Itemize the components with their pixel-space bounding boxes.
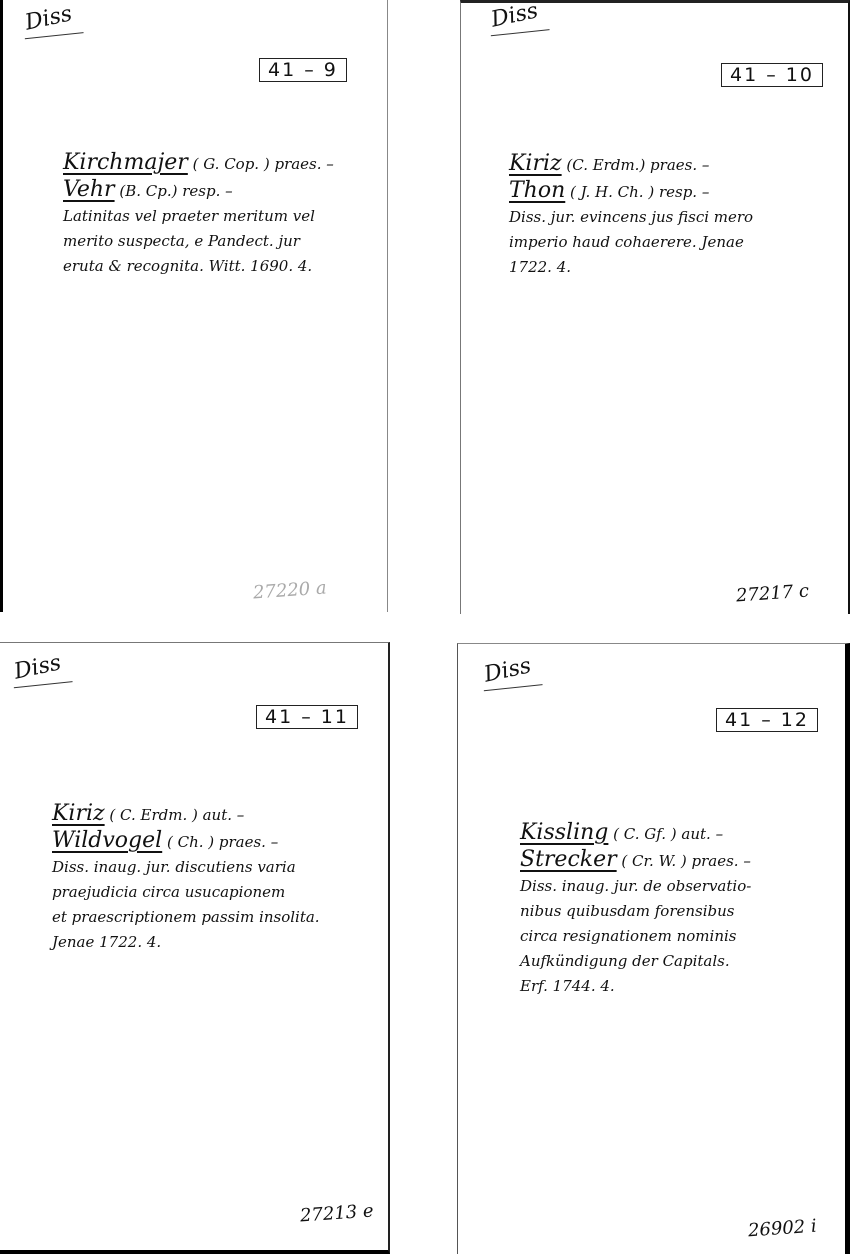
catalog-entry: Kissling ( C. Gf. ) aut. – Strecker ( Cr…	[520, 820, 751, 999]
catalog-card-41-12: Diss 41 – 12 Kissling ( C. Gf. ) aut. – …	[457, 643, 850, 1254]
accession-number: 27220 a	[252, 577, 327, 603]
entry-line-imprint: 1722. 4.	[509, 255, 753, 280]
catalog-entry: Kiriz (C. Erdm.) praes. – Thon ( J. H. C…	[509, 151, 753, 280]
entry-line-praeses: Wildvogel ( Ch. ) praes. –	[52, 828, 320, 855]
entry-line-title: Diss. jur. evincens jus fisci mero	[509, 205, 753, 230]
accession-number: 26902 i	[747, 1216, 817, 1242]
entry-line-imprint: Jenae 1722. 4.	[52, 930, 320, 955]
entry-line-title: imperio haud cohaerere. Jenae	[509, 230, 753, 255]
call-number: 41 – 12	[716, 708, 818, 732]
category-label: Diss	[489, 0, 540, 33]
accession-number: 27213 e	[299, 1200, 374, 1226]
entry-line-praeses: Strecker ( Cr. W. ) praes. –	[520, 847, 751, 874]
catalog-card-41-9: Diss 41 – 9 Kirchmajer ( G. Cop. ) praes…	[0, 0, 388, 612]
call-number: 41 – 11	[256, 705, 358, 729]
entry-line-respondent: Vehr (B. Cp.) resp. –	[63, 177, 334, 204]
catalog-card-41-10: Diss 41 – 10 Kiriz (C. Erdm.) praes. – T…	[460, 0, 850, 614]
catalog-card-41-11: Diss 41 – 11 Kiriz ( C. Erdm. ) aut. – W…	[0, 642, 390, 1254]
entry-line-title: Latinitas vel praeter meritum vel	[63, 204, 334, 229]
entry-line-title: et praescriptionem passim insolita.	[52, 905, 320, 930]
entry-line-title: Diss. inaug. jur. discutiens varia	[52, 855, 320, 880]
entry-line-author: Kiriz (C. Erdm.) praes. –	[509, 151, 753, 178]
call-number: 41 – 9	[259, 58, 347, 82]
entry-line-imprint: eruta & recognita. Witt. 1690. 4.	[63, 254, 334, 279]
accession-number: 27217 c	[735, 580, 809, 606]
entry-line-title: praejudicia circa usucapionem	[52, 880, 320, 905]
entry-line-title: circa resignationem nominis	[520, 924, 751, 949]
entry-line-respondent: Thon ( J. H. Ch. ) resp. –	[509, 178, 753, 205]
entry-line-title: Aufkündigung der Capitals.	[520, 949, 751, 974]
entry-line-title: merito suspecta, e Pandect. jur	[63, 229, 334, 254]
category-label: Diss	[482, 653, 533, 687]
call-number: 41 – 10	[721, 63, 823, 87]
entry-line-author: Kiriz ( C. Erdm. ) aut. –	[52, 801, 320, 828]
entry-line-author: Kissling ( C. Gf. ) aut. –	[520, 820, 751, 847]
entry-line-author: Kirchmajer ( G. Cop. ) praes. –	[63, 150, 334, 177]
entry-line-title: nibus quibusdam forensibus	[520, 899, 751, 924]
catalog-entry: Kirchmajer ( G. Cop. ) praes. – Vehr (B.…	[63, 150, 334, 279]
catalog-entry: Kiriz ( C. Erdm. ) aut. – Wildvogel ( Ch…	[52, 801, 320, 955]
entry-line-imprint: Erf. 1744. 4.	[520, 974, 751, 999]
entry-line-title: Diss. inaug. jur. de observatio-	[520, 874, 751, 899]
category-label: Diss	[12, 650, 63, 684]
category-label: Diss	[23, 1, 74, 35]
